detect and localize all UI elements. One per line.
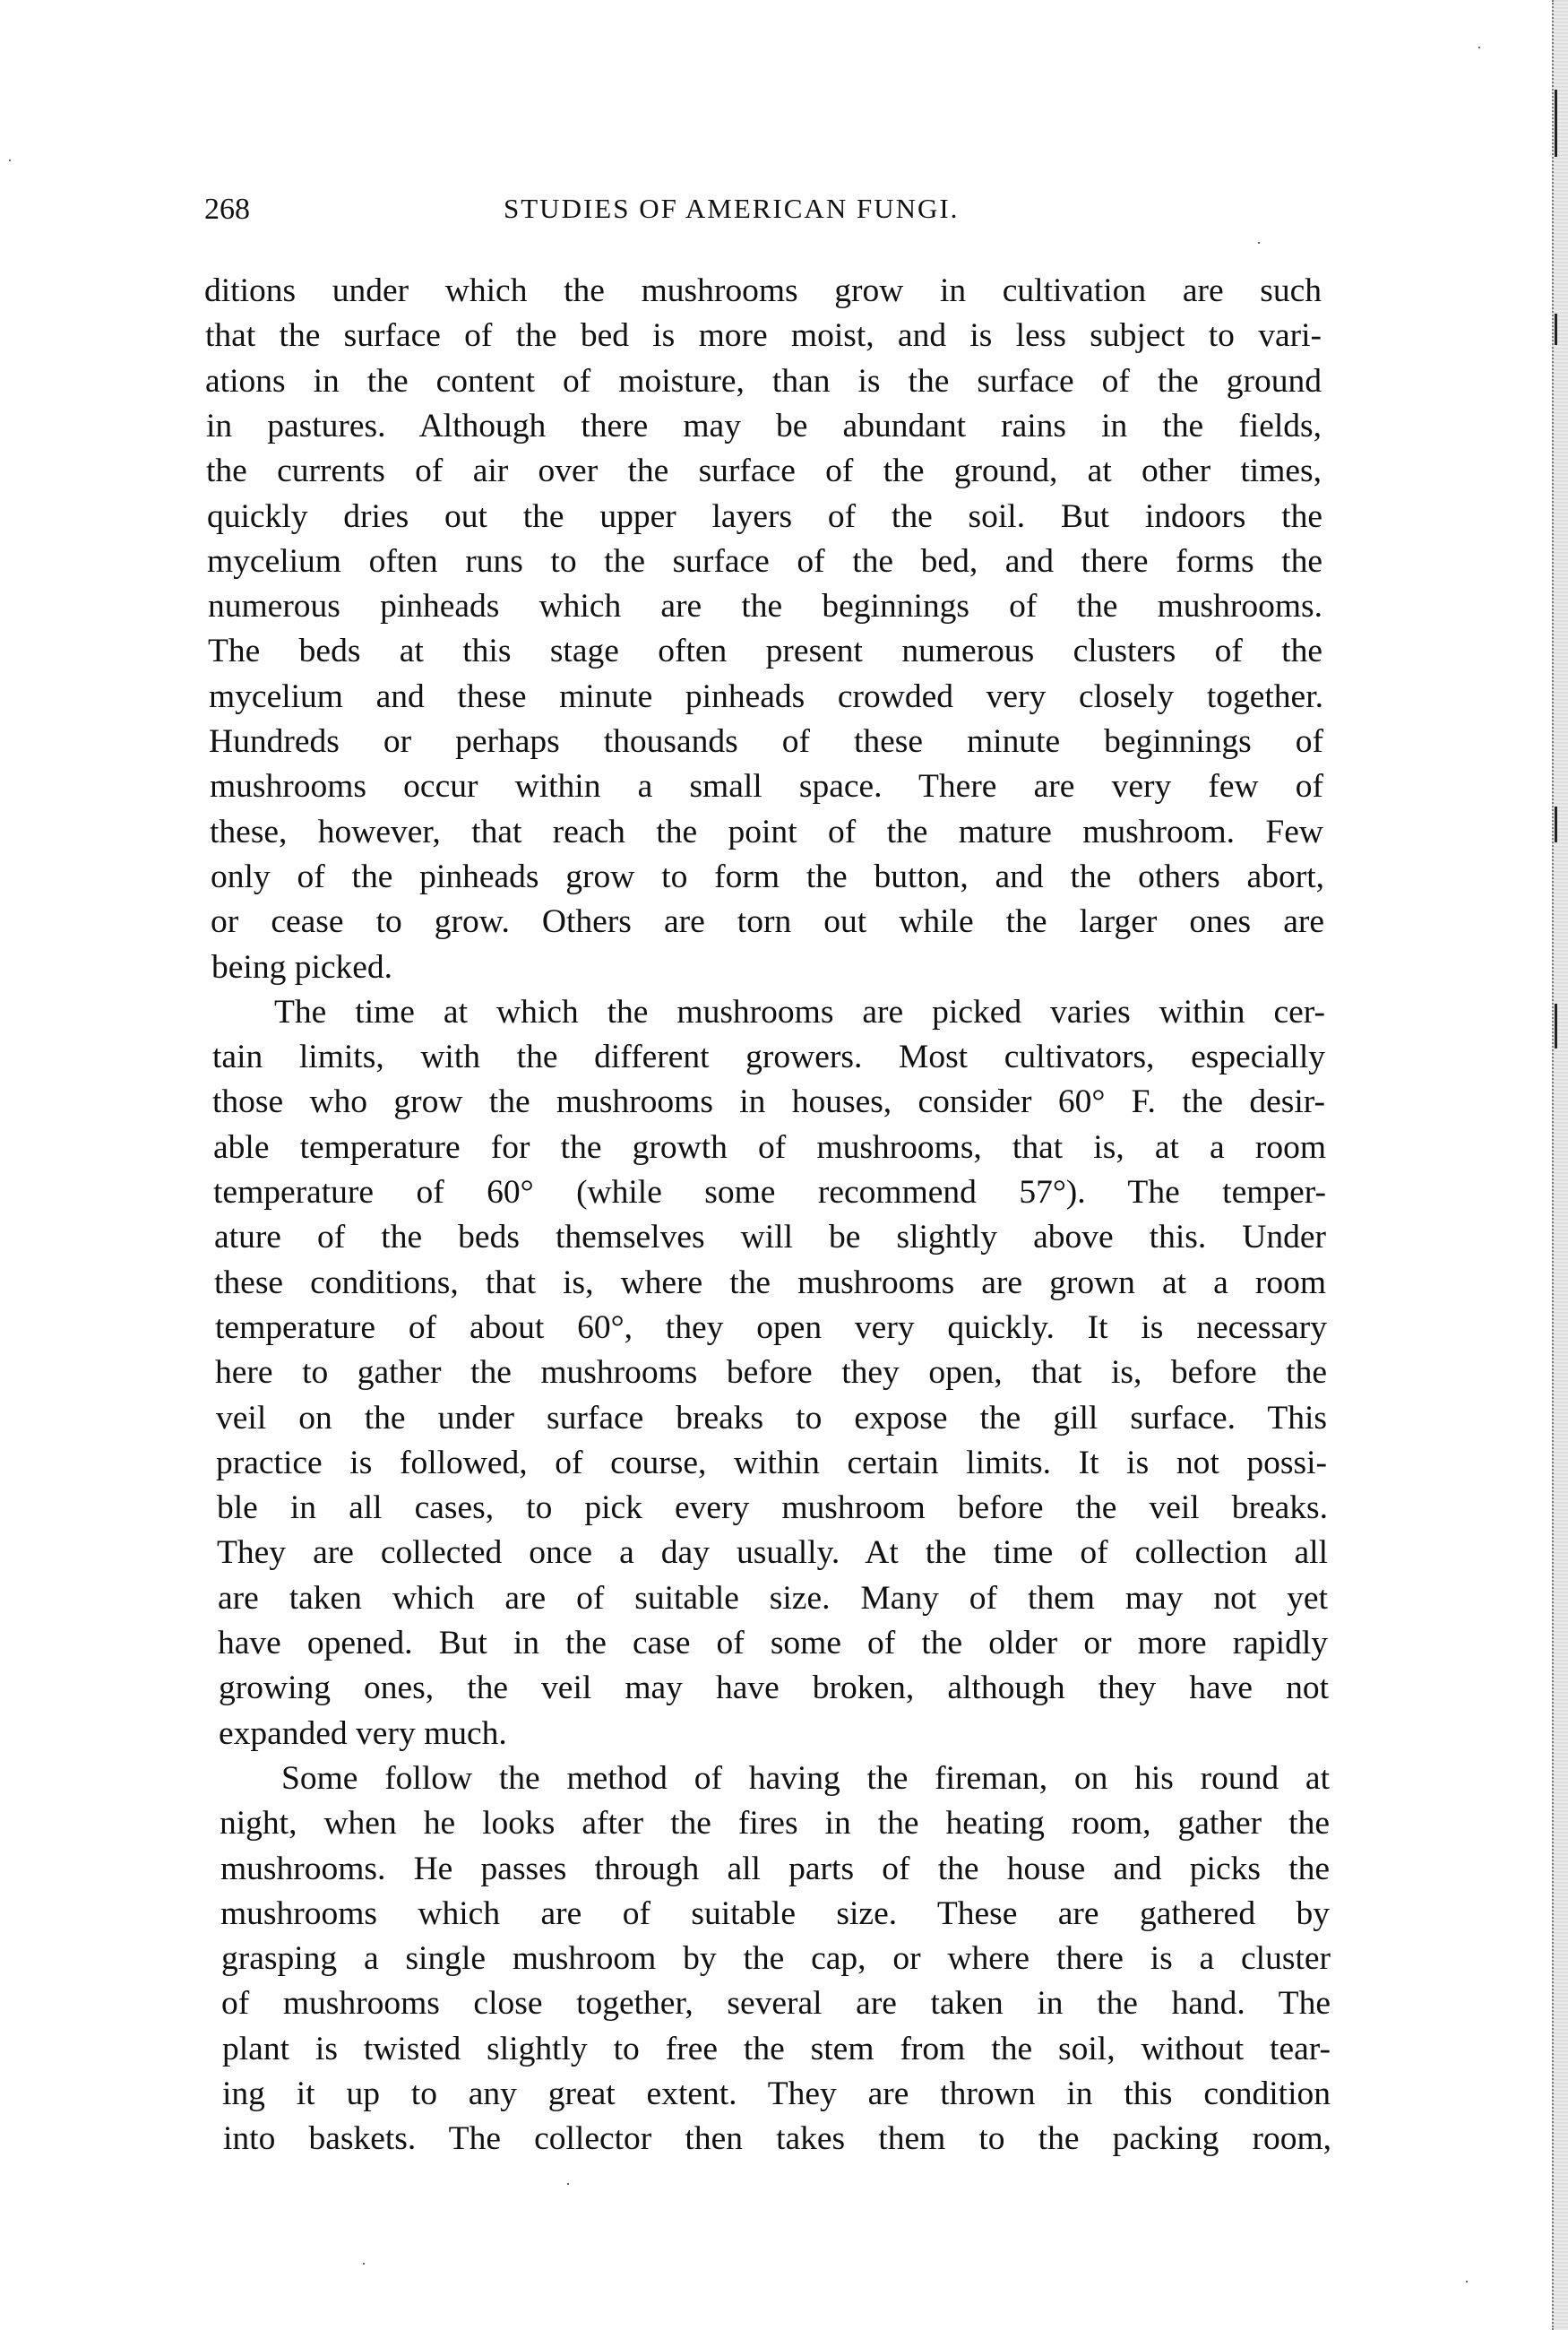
text-line: being picked. <box>211 945 1324 990</box>
text-line: quickly dries out the upper layers of th… <box>207 495 1322 539</box>
page-edge-mark <box>1555 314 1557 345</box>
text-line: mushrooms which are of suitable size. Th… <box>220 1892 1330 1937</box>
text-line: grasping a single mushroom by the cap, o… <box>221 1937 1331 1981</box>
page-edge-mark <box>1555 1004 1557 1048</box>
scanned-page-edge <box>1552 0 1568 2330</box>
text-line: have opened. But in the case of some of … <box>218 1621 1328 1666</box>
text-line: tain limits, with the different growers.… <box>212 1035 1325 1080</box>
scan-speck <box>363 2263 365 2265</box>
text-line: They are collected once a day usually. A… <box>217 1531 1328 1575</box>
text-line: the currents of air over the surface of … <box>206 449 1322 494</box>
text-line: mushrooms. He passes through all parts o… <box>220 1847 1330 1892</box>
text-line: that the surface of the bed is more mois… <box>205 314 1322 358</box>
text-line: ing it up to any great extent. They are … <box>222 2072 1331 2117</box>
page-edge-mark <box>1555 807 1557 842</box>
text-line: or cease to grow. Others are torn out wh… <box>211 900 1324 945</box>
text-line: ble in all cases, to pick every mushroom… <box>217 1486 1328 1531</box>
text-line: The time at which the mushrooms are pick… <box>274 990 1325 1035</box>
text-line: practice is followed, of course, within … <box>216 1441 1327 1486</box>
text-line: mycelium often runs to the surface of th… <box>207 539 1322 584</box>
scan-speck <box>1466 2281 1468 2283</box>
running-header: 268 STUDIES OF AMERICAN FUNGI. <box>204 193 1333 229</box>
running-title: STUDIES OF AMERICAN FUNGI. <box>504 193 959 225</box>
text-line: of mushrooms close together, several are… <box>221 1981 1331 2026</box>
text-line: in pastures. Although there may be abund… <box>206 404 1322 449</box>
text-line: night, when he looks after the fires in … <box>220 1801 1330 1846</box>
text-line: these conditions, that is, where the mus… <box>214 1261 1326 1306</box>
book-page: 268 STUDIES OF AMERICAN FUNGI. ditions u… <box>0 0 1568 2330</box>
text-line: mushrooms occur within a small space. Th… <box>210 764 1323 809</box>
scan-speck <box>1258 242 1260 244</box>
text-line: Hundreds or perhaps thousands of these m… <box>209 720 1323 764</box>
scan-speck <box>1478 47 1480 48</box>
scan-speck <box>567 2183 569 2185</box>
text-line: able temperature for the growth of mushr… <box>213 1126 1326 1170</box>
text-line: numerous pinheads which are the beginnin… <box>208 584 1322 629</box>
page-number: 268 <box>204 193 250 227</box>
text-line: Some follow the method of having the fir… <box>281 1756 1330 1801</box>
text-line: are taken which are of suitable size. Ma… <box>218 1576 1328 1621</box>
text-line: expanded very much. <box>219 1712 1329 1756</box>
text-line: ations in the content of moisture, than … <box>205 359 1322 404</box>
text-line: these, however, that reach the point of … <box>210 810 1323 855</box>
text-line: growing ones, the veil may have broken, … <box>219 1666 1329 1711</box>
text-line: plant is twisted slightly to free the st… <box>222 2027 1331 2072</box>
text-line: mycelium and these minute pinheads crowd… <box>209 675 1323 720</box>
text-line: those who grow the mushrooms in houses, … <box>212 1080 1325 1125</box>
text-line: into baskets. The collector then takes t… <box>223 2117 1331 2162</box>
text-line: ature of the beds themselves will be sli… <box>214 1215 1326 1260</box>
text-line: temperature of about 60°, they open very… <box>215 1306 1327 1351</box>
text-line: temperature of 60° (while some recommend… <box>213 1170 1326 1215</box>
text-line: The beds at this stage often present num… <box>208 629 1322 674</box>
text-line: here to gather the mushrooms before they… <box>215 1351 1327 1395</box>
text-line: ditions under which the mushrooms grow i… <box>204 269 1322 314</box>
text-line: veil on the under surface breaks to expo… <box>216 1396 1327 1441</box>
scan-speck <box>9 160 11 161</box>
text-line: only of the pinheads grow to form the bu… <box>211 855 1324 900</box>
page-edge-mark <box>1555 90 1557 157</box>
